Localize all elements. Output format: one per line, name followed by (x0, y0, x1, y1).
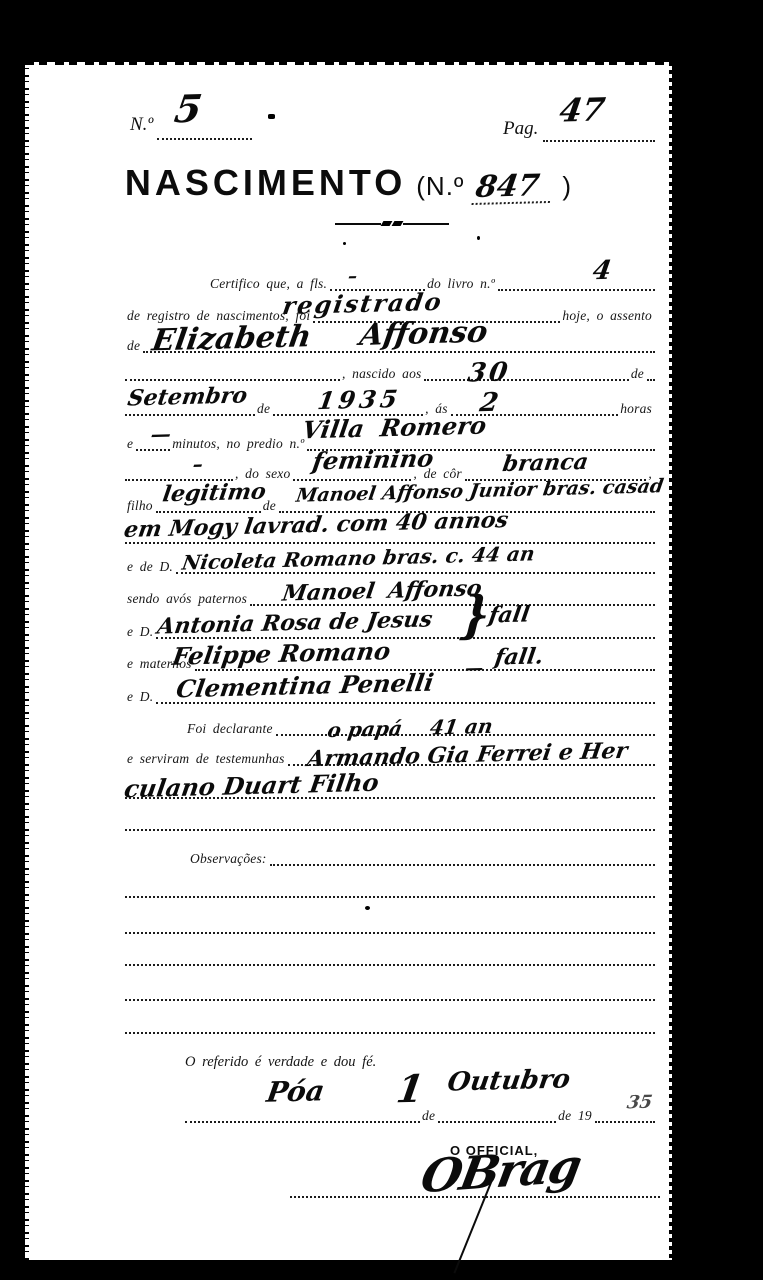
hw-address: Villa Romero (301, 414, 488, 443)
hw-place: Póa (265, 1077, 327, 1106)
observations-label: Observações: (188, 851, 270, 866)
hw-legitimacy: legitimo (161, 481, 267, 506)
hw-birth-year: 1935 (316, 387, 403, 413)
blank-line (125, 878, 655, 898)
printed-text: Certifico que, a fls. (208, 276, 330, 291)
dotted-rule (270, 862, 655, 866)
dotted-rule (498, 287, 655, 291)
printed-text: e serviram de testemunhas (125, 751, 288, 766)
torn-edge-left (23, 62, 29, 1260)
dotted-rule (595, 1119, 655, 1123)
printed-text: e D. (125, 624, 156, 639)
page-number-label: Pag. (503, 118, 538, 140)
hw-child-name: Elizabeth Affonso (150, 318, 490, 357)
hw-dash: — (464, 660, 485, 678)
ornament-divider (335, 220, 449, 227)
dotted-rule (156, 509, 261, 513)
hw-signature: OBrag (418, 1143, 584, 1200)
hw-deceased-note-2: fall. (493, 645, 545, 668)
dotted-rule (125, 377, 340, 381)
dotted-rule (185, 1119, 420, 1123)
dotted-rule (125, 962, 655, 966)
hw-maternal-grandfather: Felippe Romano (171, 639, 392, 669)
hw-month: Outubro (446, 1066, 572, 1095)
blank-line (125, 946, 655, 966)
dotted-rule (125, 1030, 655, 1034)
printed-text: , nascido aos (340, 366, 424, 381)
dotted-rule (125, 997, 655, 1001)
title-paren-open: (N.º (416, 171, 464, 204)
page-number-value: 47 (558, 93, 608, 126)
hw-registered: registrado (281, 290, 445, 318)
form-line-18 (125, 811, 655, 831)
hw-birth-month: Setembro (126, 384, 249, 409)
hw-deceased-note: fall (487, 603, 531, 626)
hw-birth-day: 30 (466, 359, 512, 386)
divider-line (335, 223, 381, 225)
ink-speck (343, 242, 346, 245)
dotted-rule (293, 477, 411, 481)
printed-text: de (255, 401, 273, 416)
dotted-rule (543, 138, 655, 142)
dotted-rule (125, 894, 655, 898)
ink-speck (477, 236, 480, 240)
hw-minutes-dash: — (149, 424, 172, 445)
certificate-page: N.º 5 Pag. 47 NASCIMENTO (N.º 847 ) Cert… (25, 62, 672, 1260)
record-number-value: 5 (172, 90, 204, 129)
printed-text: horas (618, 401, 655, 416)
printed-text: e D. (125, 689, 156, 704)
observations-line: Observações: (125, 846, 655, 866)
torn-edge-right (669, 62, 674, 1260)
closing-statement: O referido é verdade e dou fé. (185, 1054, 376, 1071)
title-record-number: 847 (472, 171, 555, 205)
divider-diamond (392, 221, 404, 226)
printed-text: de 19 (556, 1108, 595, 1123)
ink-speck (365, 906, 370, 910)
dotted-rule (125, 827, 655, 831)
torn-edge-top (25, 60, 672, 65)
hw-paternal-grandfather: Manoel Affonso (281, 577, 483, 604)
blank-line (125, 981, 655, 1001)
printed-text: e (125, 436, 136, 451)
form-line-4: , nascido aos de (125, 361, 655, 381)
printed-text: sendo avós paternos (125, 591, 250, 606)
hw-brace: } (459, 591, 491, 642)
dotted-rule (438, 1119, 556, 1123)
hw-witnesses-2: culano Duart Filho (123, 771, 381, 802)
blank-line (125, 1014, 655, 1034)
hw-declarant: o papá 41 an (326, 716, 494, 740)
title-text: NASCIMENTO (125, 162, 406, 204)
hw-color: branca (501, 451, 590, 475)
printed-text: filho (125, 498, 156, 513)
ink-speck (268, 114, 275, 119)
hw-sex: feminino (311, 446, 435, 473)
document-title: NASCIMENTO (N.º 847 ) (25, 162, 672, 204)
printed-text: hoje, o assento (560, 308, 655, 323)
hw-maternal-grandmother: Clementina Penelli (175, 671, 436, 702)
title-paren-close: ) (562, 171, 572, 204)
dotted-rule (125, 930, 655, 934)
dotted-rule (647, 377, 655, 381)
printed-text: de (629, 366, 647, 381)
printed-text: minutos, no predio n.º (170, 436, 307, 451)
hw-year: 35 (626, 1094, 654, 1113)
scanned-birth-record: { "colors": { "background": "#000000", "… (0, 0, 763, 1280)
record-number-label: N.º (130, 114, 153, 136)
printed-text: e de D. (125, 559, 176, 574)
dotted-rule (424, 377, 628, 381)
dotted-rule (157, 136, 252, 140)
hw-paternal-grandmother: Antonia Rosa de Jesus (156, 608, 434, 637)
dotted-rule (125, 412, 255, 416)
printed-text: de (420, 1108, 438, 1123)
dotted-rule (136, 447, 170, 451)
divider-line (403, 223, 449, 225)
blank-line (125, 914, 655, 934)
printed-text: Foi declarante (185, 721, 276, 736)
printed-text: de (125, 338, 143, 353)
